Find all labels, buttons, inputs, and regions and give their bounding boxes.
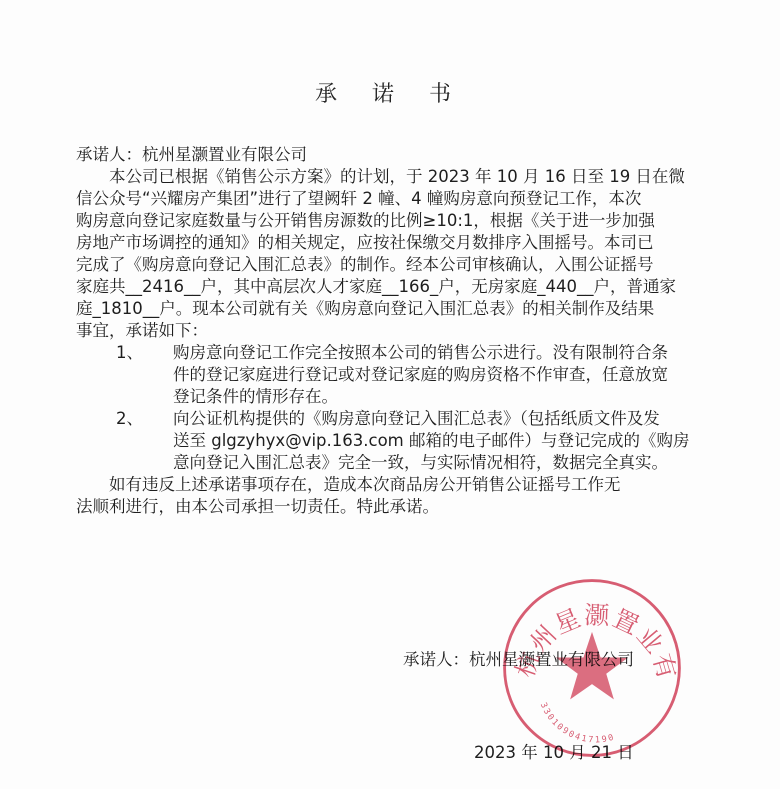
closing-paragraph: 如有违反上述承诺事项存在，造成本次商品房公开销售公证摇号工作无 法顺利进行，由本… — [76, 474, 716, 518]
commitment-number: 2、 — [116, 408, 143, 430]
closing-line: 法顺利进行，由本公司承担一切责任。特此承诺。 — [76, 496, 716, 518]
commitment-number: 1、 — [116, 342, 143, 364]
paragraph-line: 家庭共__2416__户，其中高层次人才家庭__166_户，无房家庭_440__… — [76, 276, 716, 298]
commitment-line: 向公证机构提供的《购房意向登记入围汇总表》（包括纸质文件及发 — [76, 408, 716, 430]
svg-text:3301090417190: 3301090417190 — [538, 701, 617, 745]
paragraph-line: 事宜，承诺如下： — [76, 320, 716, 342]
company-seal-icon: 杭州星灏置业有限公司 3301090417190 — [497, 573, 687, 763]
commitment-line: 件的登记家庭进行登记或对登记家庭的购房资格不作审查，任意放宽 — [76, 364, 716, 386]
paragraph-line: 完成了《购房意向登记入围汇总表》的制作。经本公司审核确认，入围公证摇号 — [76, 254, 716, 276]
paragraph-line: 购房意向登记家庭数量与公开销售房源数的比例≥10:1，根据《关于进一步加强 — [76, 210, 716, 232]
closing-line: 如有违反上述承诺事项存在，造成本次商品房公开销售公证摇号工作无 — [76, 474, 716, 496]
paragraph-line: 信公众号“兴耀房产集团”进行了望阙轩 2 幢、4 幢购房意向预登记工作，本次 — [76, 188, 716, 210]
promisor-line: 承诺人：杭州星灏置业有限公司 — [76, 144, 716, 166]
document-title: 承 诺 书 — [0, 77, 780, 108]
seal-star-icon — [556, 632, 628, 699]
paragraph-intro: 本公司已根据《销售公示方案》的计划，于 2023 年 10 月 16 日至 19… — [76, 166, 716, 342]
commitment-line: 送至 glgzyhyx@vip.163.com 邮箱的电子邮件）与登记完成的《购… — [76, 430, 716, 452]
paragraph-line: 庭_1810__户。现本公司就有关《购房意向登记入围汇总表》的相关制作及结果 — [76, 298, 716, 320]
commitment-line: 登记条件的情形存在。 — [76, 386, 716, 408]
commitment-line: 意向登记入围汇总表》完全一致，与实际情况相符，数据完全真实。 — [76, 452, 716, 474]
document-page: 承 诺 书 承诺人：杭州星灏置业有限公司 本公司已根据《销售公示方案》的计划，于… — [0, 0, 780, 789]
paragraph-line: 本公司已根据《销售公示方案》的计划，于 2023 年 10 月 16 日至 19… — [76, 166, 716, 188]
document-body: 承诺人：杭州星灏置业有限公司 本公司已根据《销售公示方案》的计划，于 2023 … — [76, 144, 716, 518]
commitment-item-2: 2、 向公证机构提供的《购房意向登记入围汇总表》（包括纸质文件及发 送至 glg… — [76, 408, 716, 474]
commitment-line: 购房意向登记工作完全按照本公司的销售公示进行。没有限制符合条 — [76, 342, 716, 364]
commitment-item-1: 1、 购房意向登记工作完全按照本公司的销售公示进行。没有限制符合条 件的登记家庭… — [76, 342, 716, 408]
paragraph-line: 房地产市场调控的通知》的相关规定，应按社保缴交月数排序入围摇号。本司已 — [76, 232, 716, 254]
seal-code: 3301090417190 — [538, 701, 617, 745]
